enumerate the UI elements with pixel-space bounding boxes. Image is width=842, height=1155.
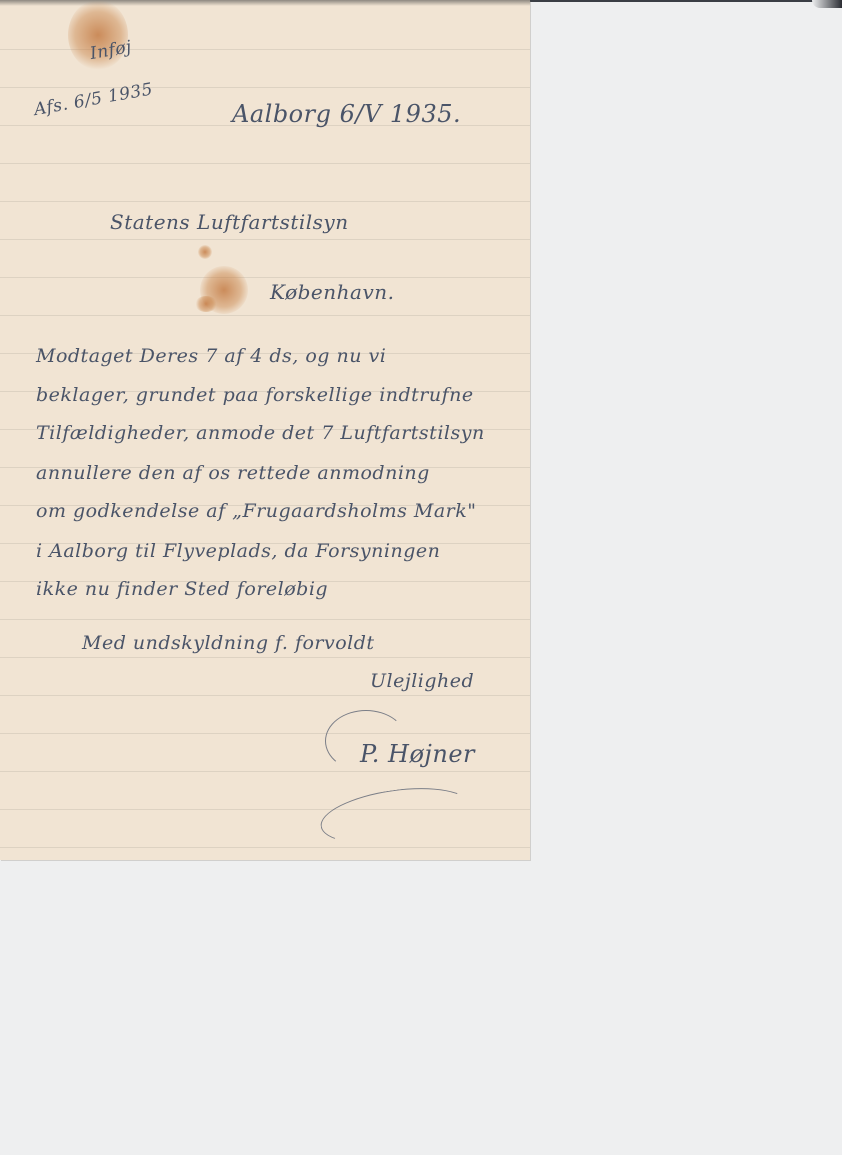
body-line: i Aalborg til Flyveplads, da Forsyningen xyxy=(36,540,440,562)
body-line: ikke nu finder Sted foreløbig xyxy=(36,578,328,600)
scanner-edge xyxy=(490,0,842,2)
addressee-city: København. xyxy=(270,280,395,304)
closing-line: Med undskyldning f. forvoldt xyxy=(82,632,375,654)
signature-underline xyxy=(317,780,475,853)
rust-stain xyxy=(198,245,212,259)
body-line: om godkendelse af „Frugaardsholms Mark" xyxy=(36,500,477,522)
margin-annotation-date: Afs. 6/5 1935 xyxy=(33,79,155,120)
addressee: Statens Luftfartstilsyn xyxy=(110,210,349,234)
signature: P. Højner xyxy=(360,740,475,768)
body-line: annullere den af os rettede anmodning xyxy=(36,462,430,484)
body-line: Tilfældigheder, anmode det 7 Luftfartsti… xyxy=(36,422,485,444)
rust-stain xyxy=(195,296,217,312)
letter-paper: Inføj Afs. 6/5 1935 Aalborg 6/V 1935. St… xyxy=(0,0,530,860)
closing-line: Ulejlighed xyxy=(370,670,474,692)
body-line: Modtaget Deres 7 af 4 ds, og nu vi xyxy=(36,345,386,367)
body-line: beklager, grundet paa forskellige indtru… xyxy=(36,384,474,406)
place-and-date: Aalborg 6/V 1935. xyxy=(232,100,461,128)
scanner-corner xyxy=(812,0,842,8)
